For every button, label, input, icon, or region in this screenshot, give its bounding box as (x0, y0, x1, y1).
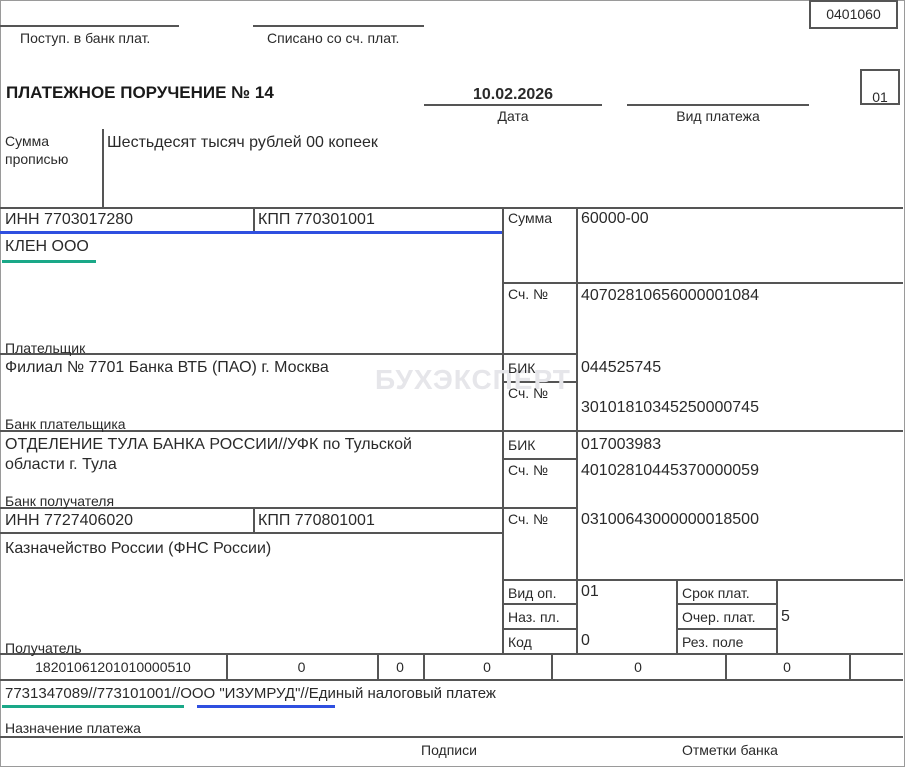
divider (502, 603, 578, 605)
sum-value: 60000-00 (581, 210, 649, 228)
divider (776, 579, 778, 654)
divider (0, 653, 903, 655)
date-line (424, 104, 602, 106)
amount-words-label-1: Сумма (5, 133, 49, 149)
rez-label: Рез. поле (682, 634, 743, 650)
payee-bank-label: Банк получателя (5, 493, 114, 509)
received-line (0, 25, 179, 27)
purpose-rest: //Единый налоговый платеж (300, 685, 496, 702)
payer-bank-bik-label: БИК (508, 360, 535, 376)
date-label: Дата (424, 108, 602, 124)
signatures-label: Подписи (421, 742, 477, 758)
divider (102, 129, 104, 207)
bank-marks-label: Отметки банка (682, 742, 778, 758)
divider (0, 353, 578, 355)
highlight-underline (0, 231, 502, 234)
date-value: 10.02.2026 (424, 86, 602, 104)
divider (253, 507, 255, 532)
payee-kpp: КПП 770801001 (258, 512, 375, 530)
payer-bank-label: Банк плательщика (5, 416, 126, 432)
payment-purpose: 7731347089//773101001//ООО "ИЗУМРУД"//Ед… (5, 685, 496, 702)
ocher-label: Очер. плат. (682, 609, 756, 625)
highlight-underline (197, 705, 335, 708)
payee-bank-bik-value: 017003983 (581, 436, 661, 454)
divider (676, 603, 777, 605)
kod-label: Код (508, 634, 532, 650)
purpose-inn-kpp: 7731347089//773101001// (5, 685, 180, 702)
divider (502, 282, 903, 284)
payee-bank-bik-label: БИК (508, 437, 535, 453)
tax-field-oktmo: 0 (226, 659, 377, 675)
payer-kpp: КПП 770301001 (258, 211, 375, 229)
payee-inn: ИНН 7727406020 (5, 512, 133, 530)
payer-label: Плательщик (5, 340, 85, 356)
vid-op-value: 01 (581, 583, 599, 601)
payer-bank-account-label: Сч. № (508, 385, 548, 401)
debited-label: Списано со сч. плат. (267, 30, 399, 46)
payer-account-label: Сч. № (508, 286, 548, 302)
vid-op-label: Вид оп. (508, 585, 556, 601)
payer-bank-name: Филиал № 7701 Банка ВТБ (ПАО) г. Москва (5, 359, 329, 377)
tax-field-kbk: 18201061201010000510 (0, 659, 226, 675)
divider (0, 532, 502, 534)
payer-account-value: 40702810656000001084 (581, 287, 759, 305)
payer-name: КЛЕН ООО (5, 238, 89, 256)
divider (0, 207, 903, 209)
srok-label: Срок плат. (682, 585, 750, 601)
debited-line (253, 25, 424, 27)
divider (0, 736, 903, 738)
tax-field-basis: 0 (377, 659, 423, 675)
highlight-underline (2, 260, 96, 263)
payee-bank-name-2: области г. Тула (5, 456, 117, 474)
purpose-name: ООО "ИЗУМРУД" (180, 685, 300, 702)
payer-bank-account-value: 30101810345250000745 (581, 399, 759, 417)
received-label: Поступ. в банк плат. (20, 30, 150, 46)
payee-bank-name-1: ОТДЕЛЕНИЕ ТУЛА БАНКА РОССИИ//УФК по Туль… (5, 436, 412, 454)
tax-field-doc-number: 0 (551, 659, 725, 675)
payer-inn: ИНН 7703017280 (5, 211, 133, 229)
tax-field-doc-date: 0 (725, 659, 849, 675)
tax-field-period: 0 (423, 659, 551, 675)
ocher-value: 5 (781, 608, 790, 626)
divider (676, 628, 777, 630)
payee-label: Получатель (5, 640, 82, 656)
payee-bank-account-value: 40102810445370000059 (581, 462, 759, 480)
amount-words-label-2: прописью (5, 151, 68, 167)
form-code: 0401060 (809, 6, 898, 22)
payer-bank-bik-value: 044525745 (581, 359, 661, 377)
payment-type-label: Вид платежа (627, 108, 809, 124)
divider (253, 207, 255, 232)
kod-value: 0 (581, 632, 590, 650)
purpose-label: Назначение платежа (5, 720, 141, 736)
payee-account-value: 03100643000000018500 (581, 511, 759, 529)
divider (502, 579, 903, 581)
document-title: ПЛАТЕЖНОЕ ПОРУЧЕНИЕ № 14 (6, 83, 274, 103)
naz-pl-label: Наз. пл. (508, 609, 560, 625)
amount-words-value: Шестьдесят тысяч рублей 00 копеек (107, 134, 378, 152)
payee-bank-account-label: Сч. № (508, 462, 548, 478)
divider (502, 628, 578, 630)
payee-name: Казначейство России (ФНС России) (5, 540, 271, 558)
sum-label: Сумма (508, 210, 552, 226)
divider (0, 679, 903, 681)
divider (849, 653, 851, 679)
divider (502, 458, 578, 460)
divider (676, 579, 678, 654)
highlight-underline (2, 705, 184, 708)
status-code: 01 (860, 89, 900, 105)
payment-type-line (627, 104, 809, 106)
payee-account-label: Сч. № (508, 511, 548, 527)
divider (0, 430, 903, 432)
